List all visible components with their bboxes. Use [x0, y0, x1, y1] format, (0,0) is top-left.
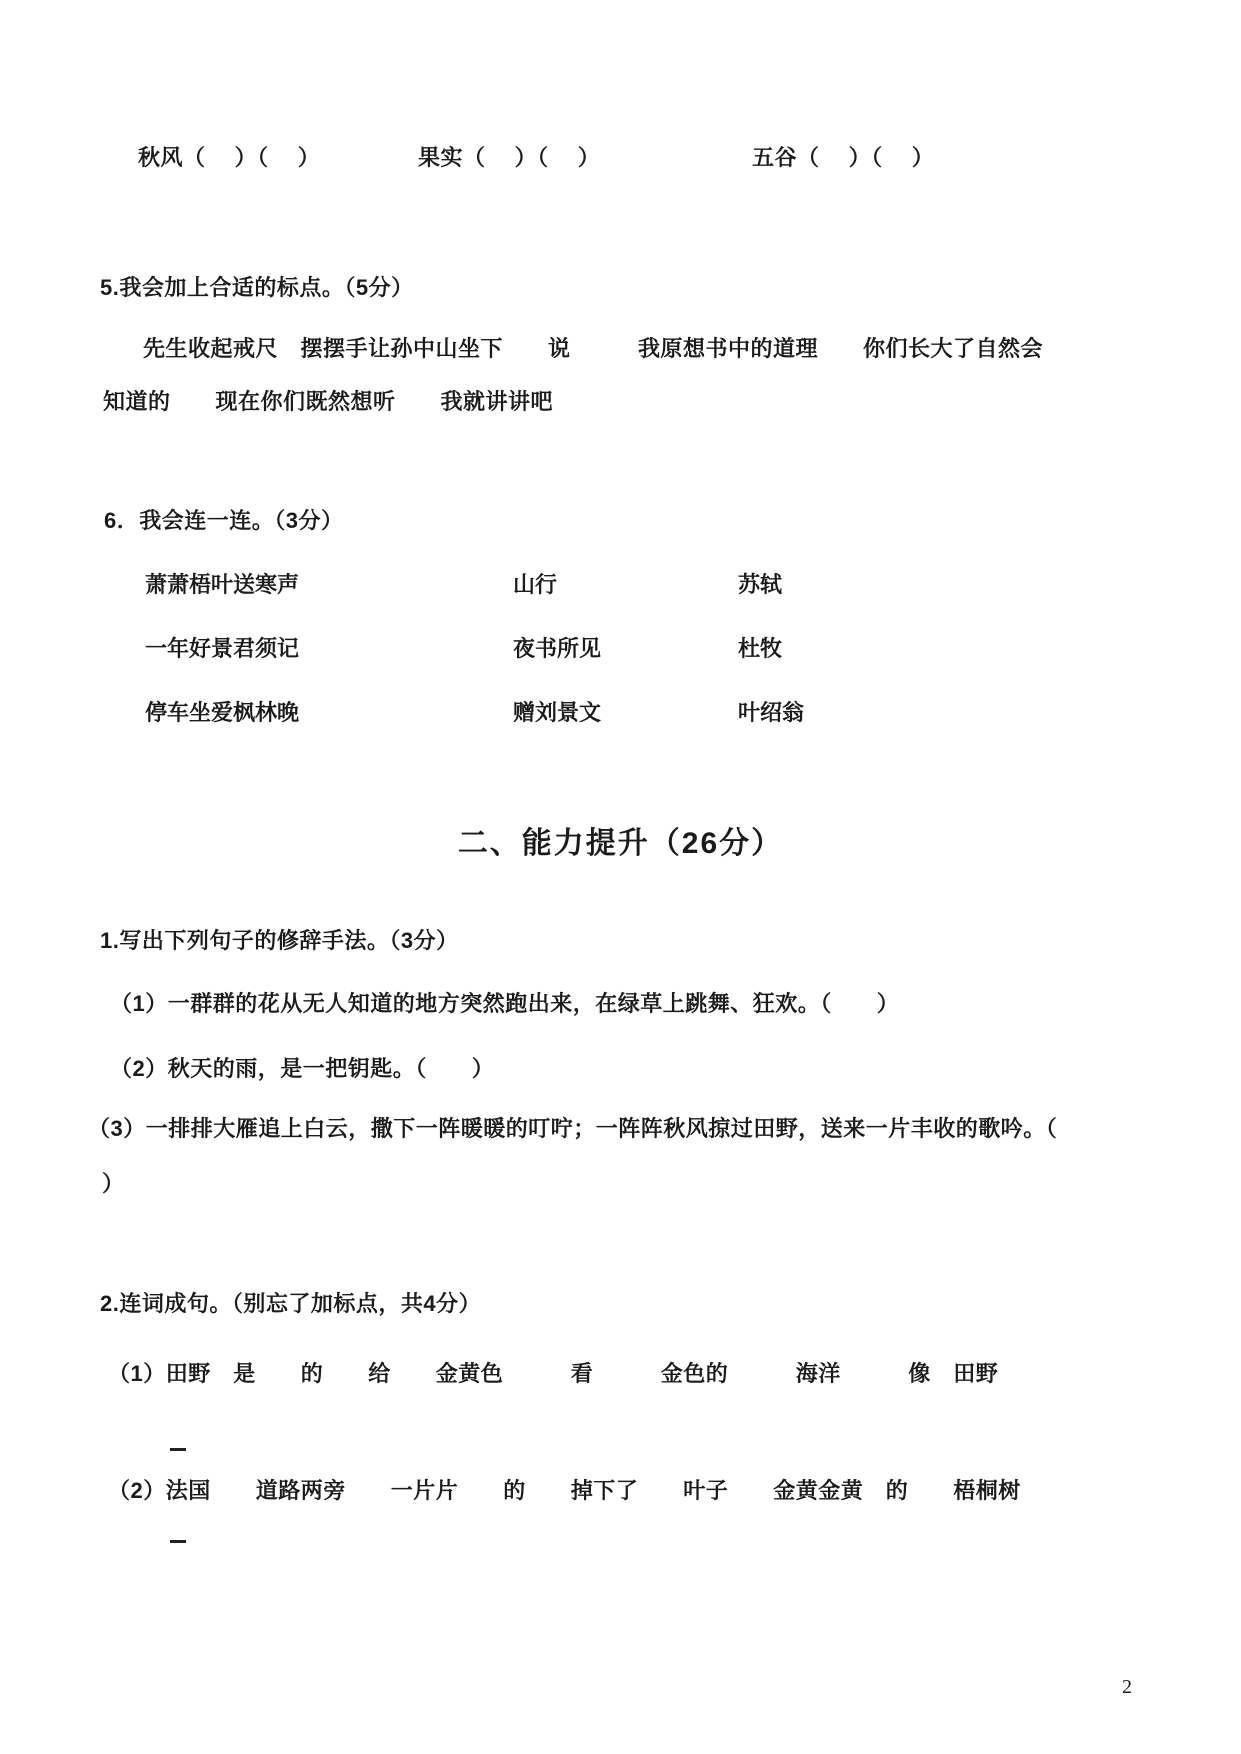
- p2-q1-item-1: （1）一群群的花从无人知道的地方突然跑出来，在绿草上跳舞、狂欢。（ ）: [110, 988, 899, 1020]
- p2-q2-item-2: （2）法国 道路两旁 一片片 的 掉下了 叶子 金黄金黄 的 梧桐树: [108, 1475, 1021, 1507]
- match-row: 一年好景君须记 夜书所见 杜牧: [0, 632, 1241, 666]
- question-5-title: 5.我会加上合适的标点。（5分）: [100, 272, 414, 304]
- p2-q1-item-3: （3）一排排大雁追上白云，撒下一阵暖暖的叮咛；一阵阵秋风掠过田野，送来一片丰收的…: [88, 1113, 1198, 1145]
- word-blank-qiufeng: 秋风（ ）（ ）: [138, 142, 320, 174]
- match-row: 停车坐爱枫林晚 赠刘景文 叶绍翁: [0, 696, 1241, 730]
- poet-name: 杜牧: [738, 632, 782, 663]
- p2-q1-item-2: （2）秋天的雨，是一把钥匙。（ ）: [110, 1053, 494, 1085]
- section-2-heading: 二、能力提升（26分）: [0, 818, 1241, 862]
- p2-question-1-title: 1.写出下列句子的修辞手法。（3分）: [100, 925, 459, 957]
- poet-name: 叶绍翁: [738, 696, 804, 727]
- poem-title: 山行: [513, 568, 557, 599]
- verse-text: 萧萧梧叶送寒声: [145, 568, 299, 599]
- p2-question-2-title: 2.连词成句。（别忘了加标点，共4分）: [100, 1288, 481, 1320]
- verse-text: 停车坐爱枫林晚: [145, 696, 299, 727]
- match-row: 萧萧梧叶送寒声 山行 苏轼: [0, 568, 1241, 602]
- p2-q2-item-1: （1）田野 是 的 给 金黄色 看 金色的 海洋 像 田野: [108, 1358, 998, 1390]
- verse-text: 一年好景君须记: [145, 632, 299, 663]
- answer-line-mark-2: [170, 1540, 186, 1543]
- word-blank-wugu: 五谷（ ）（ ）: [752, 142, 934, 174]
- worksheet-page: 秋风（ ）（ ） 果实（ ）（ ） 五谷（ ）（ ） 5.我会加上合适的标点。（…: [0, 0, 1241, 1754]
- poem-title: 赠刘景文: [513, 696, 601, 727]
- page-number: 2: [1122, 1676, 1132, 1699]
- question-5-passage-line-2: 知道的 现在你们既然想听 我就讲讲吧: [103, 386, 553, 418]
- p2-q1-item-3-closing-paren: ）: [102, 1168, 125, 1200]
- question-6-title: 6．我会连一连。（3分）: [104, 505, 343, 537]
- word-blank-guoshi: 果实（ ）（ ）: [418, 142, 600, 174]
- question-5-passage-line-1: 先生收起戒尺 摆摆手让孙中山坐下 说 我原想书中的道理 你们长大了自然会: [143, 333, 1043, 365]
- poem-title: 夜书所见: [513, 632, 601, 663]
- answer-line-mark-1: [170, 1448, 186, 1451]
- poet-name: 苏轼: [738, 568, 782, 599]
